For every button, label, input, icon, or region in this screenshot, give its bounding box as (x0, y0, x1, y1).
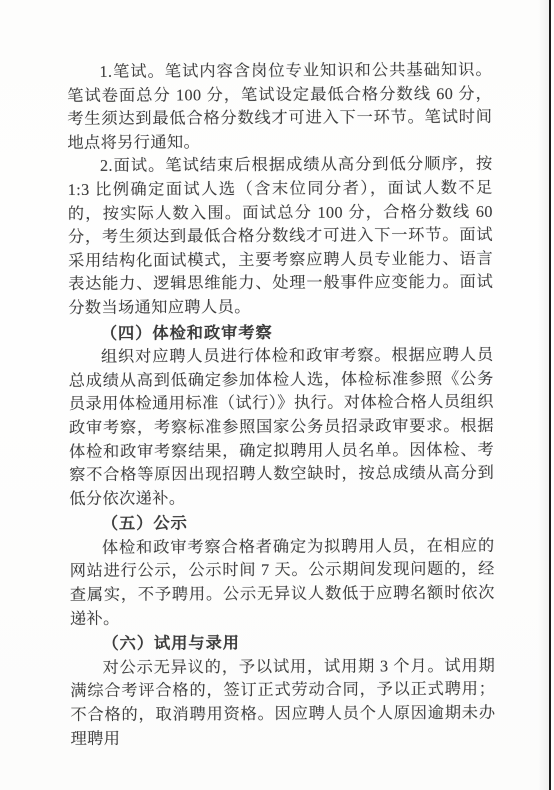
document-text-block: 1.笔试。笔试内容含岗位专业知识和公共基础知识。笔试卷面总分 100 分，笔试设… (67, 59, 496, 751)
paragraph: 1.笔试。笔试内容含岗位专业知识和公共基础知识。笔试卷面总分 100 分，笔试设… (67, 59, 492, 156)
section-heading: （五）公示 (69, 511, 494, 537)
scan-edge-shadow (538, 0, 549, 790)
paragraph: 体检和政审考察合格者确定为拟聘用人员，在相应的网站进行公示，公示时间 7 天。公… (69, 535, 494, 632)
paragraph: 2.面试。笔试结束后根据成绩从高分到低分顺序，按 1:3 比例确定面试人选（含末… (67, 153, 493, 320)
section-heading: （四）体检和政审考察 (68, 320, 493, 346)
paragraph: 组织对应聘人员进行体检和政审考察。根据应聘人员总成绩从高到低确定参加体检人选，体… (68, 344, 494, 511)
section-heading: （六）试用与录用 (70, 631, 495, 657)
paragraph: 对公示无异议的，予以试用，试用期 3 个月。试用期满综合考评合格的，签订正式劳动… (70, 655, 495, 752)
scanned-document-page: 1.笔试。笔试内容含岗位专业知识和公共基础知识。笔试卷面总分 100 分，笔试设… (0, 0, 554, 790)
scan-edge-line (549, 0, 551, 790)
